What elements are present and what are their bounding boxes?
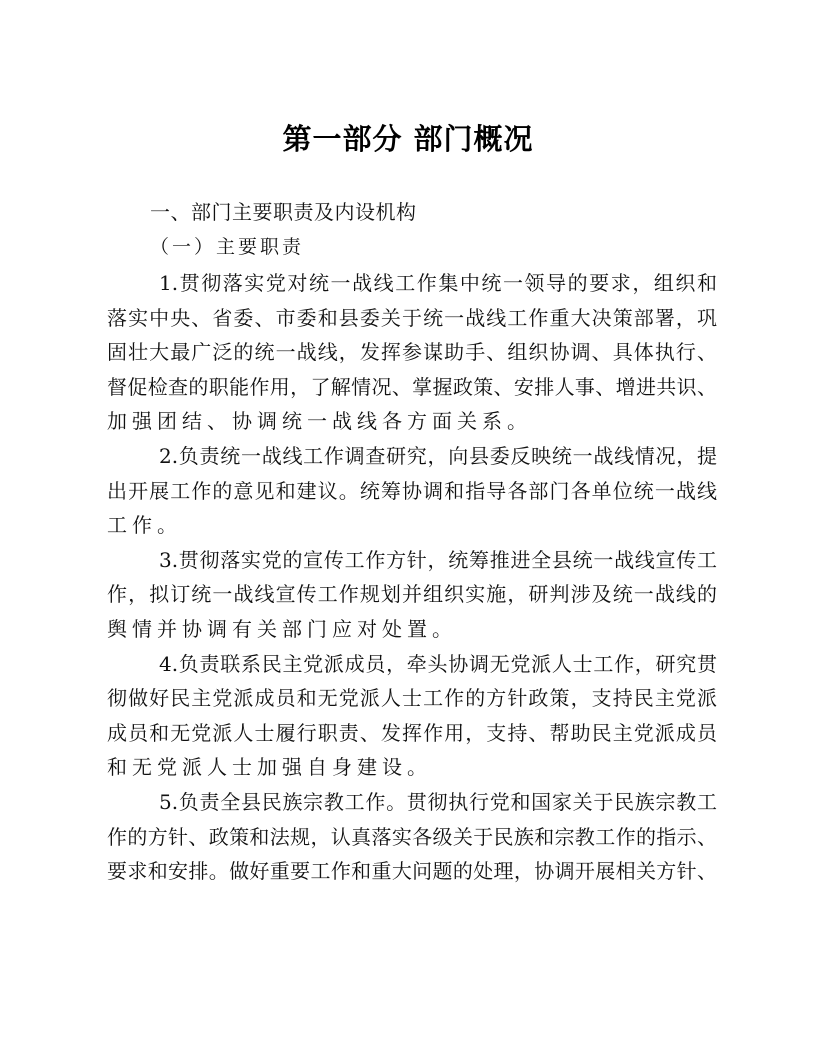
document-page: 第一部分 部门概况 一、部门主要职责及内设机构 （一）主要职责 1.贯彻落实党对…: [0, 0, 816, 1056]
paragraph-2: 2.负责统一战线工作调查研究，向县委反映统一战线情况，提 出开展工作的意见和建议…: [107, 439, 717, 543]
text-line: 4.负责联系民主党派成员，牵头协调无党派人士工作，研究贯: [107, 647, 717, 682]
text-line: 1.贯彻落实党对统一战线工作集中统一领导的要求，组织和: [107, 266, 717, 301]
paragraph-4: 4.负责联系民主党派成员，牵头协调无党派人士工作，研究贯 彻做好民主党派成员和无…: [107, 647, 717, 785]
text-line: 工作。: [107, 508, 717, 543]
text-line: 舆情并协调有关部门应对处置。: [107, 612, 717, 647]
text-line: 作，拟订统一战线宣传工作规划并组织实施，研判涉及统一战线的: [107, 577, 717, 612]
body-text: 1.贯彻落实党对统一战线工作集中统一领导的要求，组织和 落实中央、省委、市委和县…: [107, 266, 717, 889]
paragraph-3: 3.贯彻落实党的宣传工作方针，统筹推进全县统一战线宣传工 作，拟订统一战线宣传工…: [107, 543, 717, 647]
text-line: 成员和无党派人士履行职责、发挥作用，支持、帮助民主党派成员: [107, 716, 717, 751]
text-line: 加强团结、协调统一战线各方面关系。: [107, 404, 717, 439]
paragraph-1: 1.贯彻落实党对统一战线工作集中统一领导的要求，组织和 落实中央、省委、市委和县…: [107, 266, 717, 439]
text-line: 落实中央、省委、市委和县委关于统一战线工作重大决策部署，巩: [107, 301, 717, 336]
text-line: 3.贯彻落实党的宣传工作方针，统筹推进全县统一战线宣传工: [107, 543, 717, 578]
text-line: 督促检查的职能作用，了解情况、掌握政策、安排人事、增进共识、: [107, 370, 717, 405]
section-heading: 一、部门主要职责及内设机构: [150, 196, 417, 225]
text-line: 出开展工作的意见和建议。统筹协调和指导各部门各单位统一战线: [107, 474, 717, 509]
text-line: 彻做好民主党派成员和无党派人士工作的方针政策，支持民主党派: [107, 681, 717, 716]
text-line: 5.负责全县民族宗教工作。贯彻执行党和国家关于民族宗教工: [107, 785, 717, 820]
subsection-heading: （一）主要职责: [150, 232, 304, 259]
text-line: 和无党派人士加强自身建设。: [107, 750, 717, 785]
text-line: 固壮大最广泛的统一战线，发挥参谋助手、组织协调、具体执行、: [107, 335, 717, 370]
paragraph-5: 5.负责全县民族宗教工作。贯彻执行党和国家关于民族宗教工 作的方针、政策和法规，…: [107, 785, 717, 889]
page-title: 第一部分 部门概况: [0, 117, 816, 158]
text-line: 2.负责统一战线工作调查研究，向县委反映统一战线情况，提: [107, 439, 717, 474]
text-line: 要求和安排。做好重要工作和重大问题的处理，协调开展相关方针、: [107, 854, 717, 889]
text-line: 作的方针、政策和法规，认真落实各级关于民族和宗教工作的指示、: [107, 820, 717, 855]
